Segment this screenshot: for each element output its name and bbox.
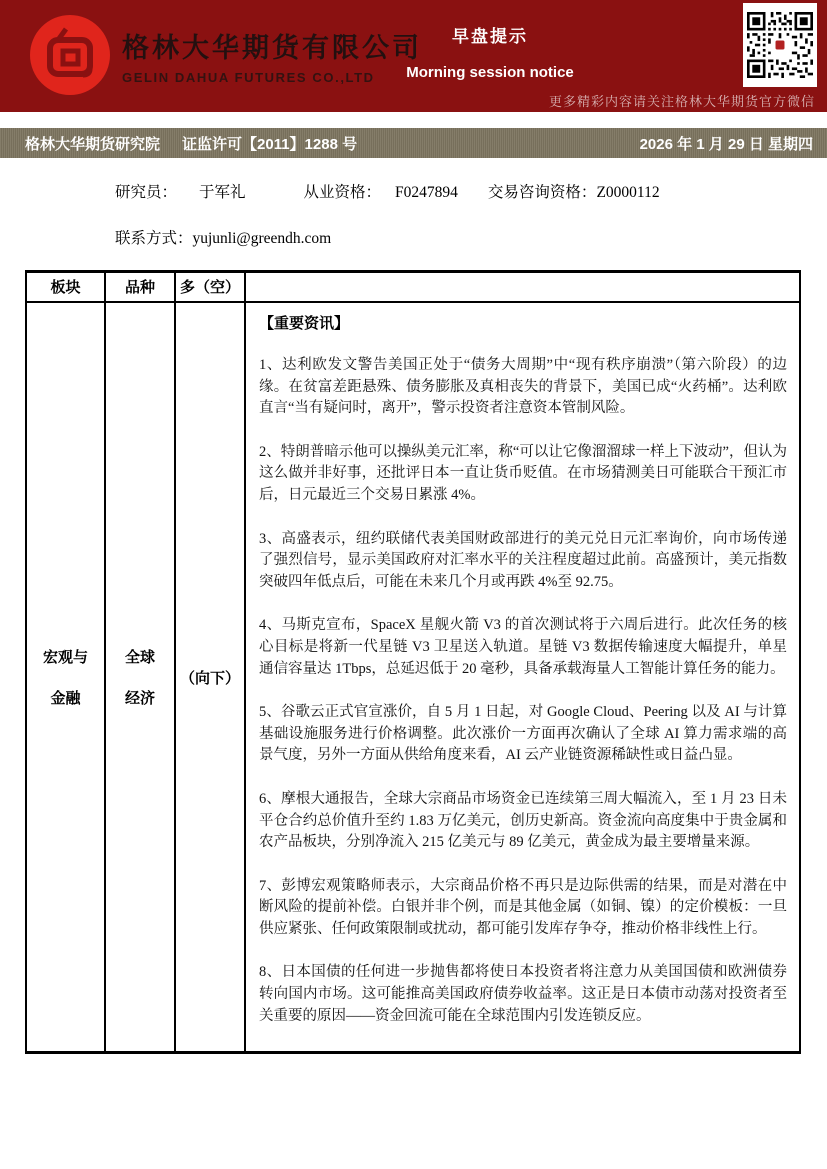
variety-line-2: 经济 <box>125 687 155 708</box>
notice-table: 板块 品种 多（空） 宏观与 金融 全球 经济 （向下） 【重要资讯】 1、达利… <box>25 270 801 1054</box>
table-body-row: 宏观与 金融 全球 经济 （向下） 【重要资讯】 1、达利欧发文警告美国正处于“… <box>27 303 799 1051</box>
sector-line-1: 宏观与 <box>43 646 88 667</box>
header-direction: 多（空） <box>176 273 246 301</box>
cert-label: 从业资格： <box>304 180 382 202</box>
company-name-en: GELIN DAHUA FUTURES CO.,LTD <box>122 70 422 85</box>
news-paragraph: 8、日本国债的任何进一步抛售都将使日本投资者将注意力从美国国债和欧洲债券转向国内… <box>259 962 787 1027</box>
news-paragraph: 1、达利欧发文警告美国正处于“债务大周期”中“现有秩序崩溃”（第六阶段）的边缘。… <box>259 355 787 420</box>
direction-cell: （向下） <box>176 303 246 1051</box>
company-name-block: 格林大华期货有限公司 GELIN DAHUA FUTURES CO.,LTD <box>122 26 422 85</box>
company-name-cn: 格林大华期货有限公司 <box>122 26 422 65</box>
news-paragraph: 4、马斯克宣布，SpaceX 星舰火箭 V3 的首次测试将于六周后进行。此次任务… <box>259 615 787 680</box>
news-paragraph: 7、彭博宏观策略师表示，大宗商品价格不再只是边际供需的结果，而是对潜在中断风险的… <box>259 876 787 941</box>
morning-notice-page: { "header": { "company_cn": "格林大华期货有限公司"… <box>0 0 827 1169</box>
news-content-cell: 【重要资讯】 1、达利欧发文警告美国正处于“债务大周期”中“现有秩序崩溃”（第六… <box>246 303 799 1051</box>
variety-cell: 全球 经济 <box>106 303 176 1051</box>
header-sector: 板块 <box>27 273 106 301</box>
researcher-name: 于军礼 <box>199 180 246 202</box>
license-number: 证监许可【2011】1288 号 <box>182 136 357 153</box>
report-title-cn: 早盘提示 <box>390 22 590 47</box>
company-logo-icon <box>28 13 112 97</box>
advisor-number: Z0000112 <box>596 184 659 202</box>
variety-line-1: 全球 <box>125 646 155 667</box>
sector-line-2: 金融 <box>50 687 80 708</box>
sector-cell: 宏观与 金融 <box>27 303 106 1051</box>
direction-value: （向下） <box>180 667 240 688</box>
wechat-qr-code <box>743 3 817 87</box>
header-variety: 品种 <box>106 273 176 301</box>
institute-date-bar: 格林大华期货研究院证监许可【2011】1288 号 2026 年 1 月 29 … <box>0 128 827 158</box>
wechat-follow-note: 更多精彩内容请关注格林大华期货官方微信 <box>549 91 815 110</box>
news-paragraph: 3、高盛表示，纽约联储代表美国财政部进行的美元兑日元汇率询价，向市场传递了强烈信… <box>259 529 787 594</box>
news-paragraph: 2、特朗普暗示他可以操纵美元汇率，称“可以让它像溜溜球一样上下波动”，但认为这么… <box>259 442 787 507</box>
cert-number: F0247894 <box>395 184 458 202</box>
researcher-line: 研究员：于军礼从业资格：F0247894交易咨询资格：Z0000112 <box>115 180 660 202</box>
contact-line: 联系方式：yujunli@greendh.com <box>115 226 331 248</box>
report-title-block: 早盘提示 Morning session notice <box>390 0 590 81</box>
news-paragraph: 6、摩根大通报告，全球大宗商品市场资金已连续第三周大幅流入，至 1 月 23 日… <box>259 789 787 854</box>
report-date: 2026 年 1 月 29 日 星期四 <box>640 133 813 154</box>
report-title-en: Morning session notice <box>390 64 590 81</box>
institute-name: 格林大华期货研究院 <box>25 136 160 153</box>
researcher-role-label: 研究员： <box>115 180 177 202</box>
important-news-title: 【重要资讯】 <box>259 312 787 333</box>
institute-license: 格林大华期货研究院证监许可【2011】1288 号 <box>25 133 357 154</box>
news-paragraph: 5、谷歌云正式官宣涨价，自 5 月 1 日起，对 Google Cloud、Pe… <box>259 702 787 767</box>
header-content <box>246 273 799 301</box>
table-header-row: 板块 品种 多（空） <box>27 273 799 303</box>
header-banner: 格林大华期货有限公司 GELIN DAHUA FUTURES CO.,LTD 早… <box>0 0 827 112</box>
advisor-label: 交易咨询资格： <box>488 180 597 202</box>
